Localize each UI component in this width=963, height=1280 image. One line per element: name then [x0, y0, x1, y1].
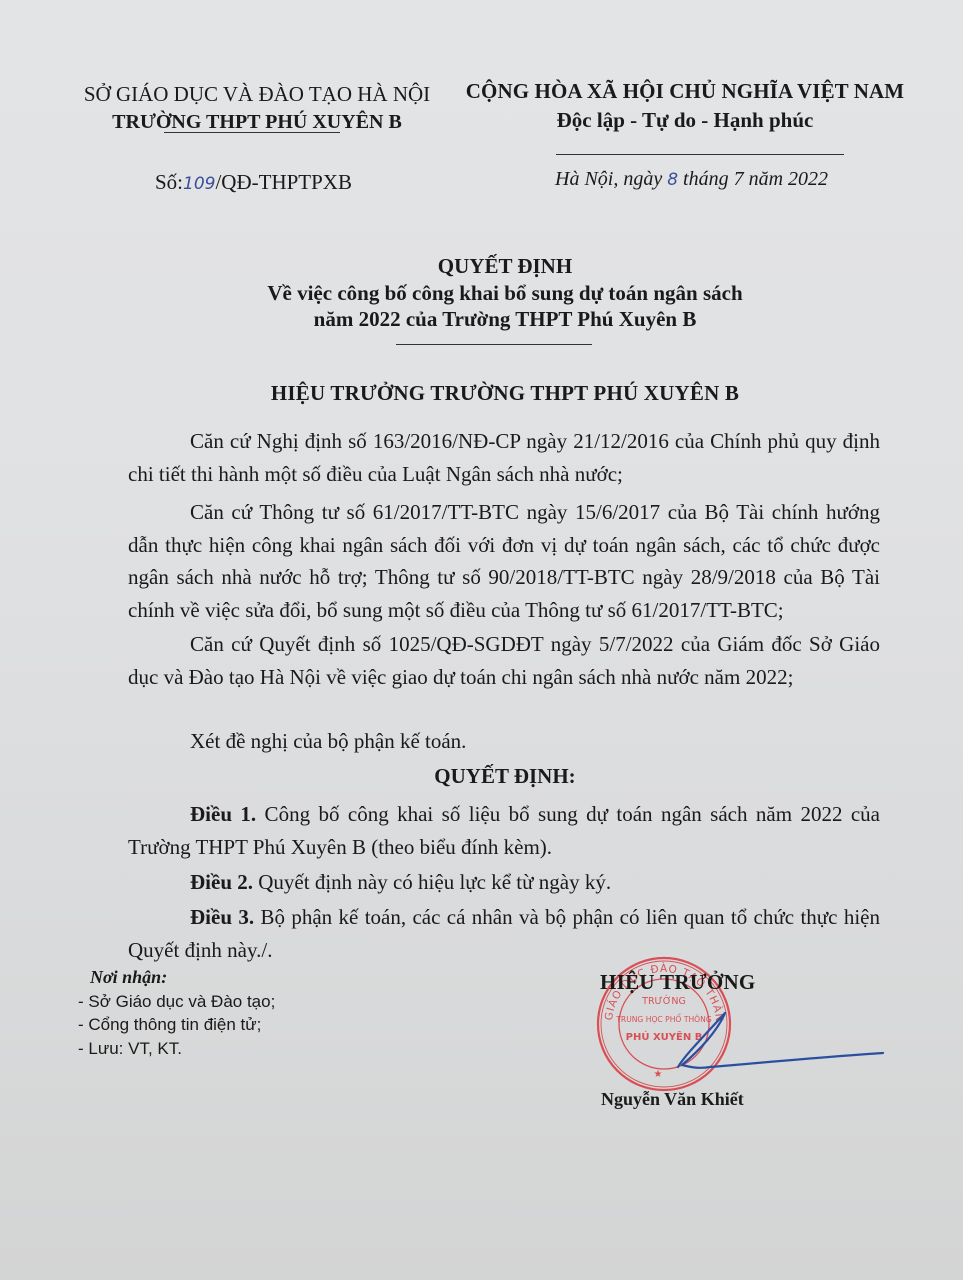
article-2: Điều 2. Quyết định này có hiệu lực kể từ…	[128, 866, 880, 903]
issue-date: Hà Nội, ngày 8 tháng 7 năm 2022	[555, 168, 828, 191]
national-motto: Độc lập - Tự do - Hạnh phúc	[452, 106, 918, 134]
article-1: Điều 1. Công bố công khai số liệu bổ sun…	[128, 798, 880, 867]
article-text: Quyết định này có hiệu lực kể từ ngày ký…	[253, 870, 611, 894]
signer-name: Nguyễn Văn Khiết	[601, 1089, 744, 1110]
decision-heading: QUYẾT ĐỊNH:	[0, 764, 963, 789]
title-subject-line-1: Về việc công bố công khai bổ sung dự toá…	[0, 280, 963, 306]
motto-underline	[556, 154, 844, 155]
legal-basis-text: Căn cứ Thông tư số 61/2017/TT-BTC ngày 1…	[128, 496, 880, 626]
legal-basis-text: Căn cứ Quyết định số 1025/QĐ-SGDĐT ngày …	[128, 628, 880, 693]
recipients-heading: Nơi nhận:	[78, 966, 275, 990]
recipient-item: - Cổng thông tin điện tử;	[78, 1013, 275, 1037]
authority-heading: HIỆU TRƯỞNG TRƯỜNG THPT PHÚ XUYÊN B	[0, 381, 963, 406]
legal-basis-1: Căn cứ Nghị định số 163/2016/NĐ-CP ngày …	[128, 425, 880, 494]
signer-title: HIỆU TRƯỞNG	[600, 970, 756, 995]
national-header-block: CỘNG HÒA XÃ HỘI CHỦ NGHĨA VIỆT NAM Độc l…	[452, 76, 918, 134]
doc-number-handwritten: 109	[183, 174, 215, 194]
proposal-text: Xét đề nghị của bộ phận kế toán.	[128, 725, 880, 758]
agency-name: SỞ GIÁO DỤC VÀ ĐÀO TẠO HÀ NỘI	[62, 80, 452, 108]
article-label: Điều 3.	[190, 905, 254, 929]
date-day-handwritten: 8	[667, 170, 678, 190]
legal-basis-2: Căn cứ Thông tư số 61/2017/TT-BTC ngày 1…	[128, 496, 880, 630]
title-subject-line-2: năm 2022 của Trường THPT Phú Xuyên B	[0, 306, 963, 332]
recipient-item: - Sở Giáo dục và Đào tạo;	[78, 990, 275, 1014]
legal-basis-3: Căn cứ Quyết định số 1025/QĐ-SGDĐT ngày …	[128, 628, 880, 697]
proposal-basis: Xét đề nghị của bộ phận kế toán.	[128, 725, 880, 762]
article-label: Điều 2.	[190, 870, 253, 894]
doc-number-suffix: /QĐ-THPTPXB	[215, 170, 352, 194]
issuing-agency-block: SỞ GIÁO DỤC VÀ ĐÀO TẠO HÀ NỘI TRƯỜNG THP…	[62, 80, 452, 136]
date-prefix: Hà Nội, ngày	[555, 168, 667, 190]
article-3: Điều 3. Bộ phận kế toán, các cá nhân và …	[128, 901, 880, 970]
article-label: Điều 1.	[190, 802, 256, 826]
svg-text:★: ★	[654, 1069, 663, 1080]
recipient-item: - Lưu: VT, KT.	[78, 1037, 275, 1061]
doc-number-prefix: Số:	[155, 170, 183, 194]
date-suffix: tháng 7 năm 2022	[678, 168, 828, 190]
document-number: Số:109/QĐ-THPTPXB	[155, 170, 352, 195]
title-heading: QUYẾT ĐỊNH	[0, 252, 963, 280]
school-underline	[164, 132, 340, 133]
document-title: QUYẾT ĐỊNH Về việc công bố công khai bổ …	[0, 252, 963, 332]
handwritten-signature-icon	[670, 1005, 885, 1075]
document-page: SỞ GIÁO DỤC VÀ ĐÀO TẠO HÀ NỘI TRƯỜNG THP…	[0, 0, 963, 1280]
legal-basis-text: Căn cứ Nghị định số 163/2016/NĐ-CP ngày …	[128, 425, 880, 490]
recipients-block: Nơi nhận: - Sở Giáo dục và Đào tạo; - Cổ…	[78, 966, 275, 1060]
title-underline	[396, 344, 592, 345]
nation-name: CỘNG HÒA XÃ HỘI CHỦ NGHĨA VIỆT NAM	[452, 76, 918, 106]
